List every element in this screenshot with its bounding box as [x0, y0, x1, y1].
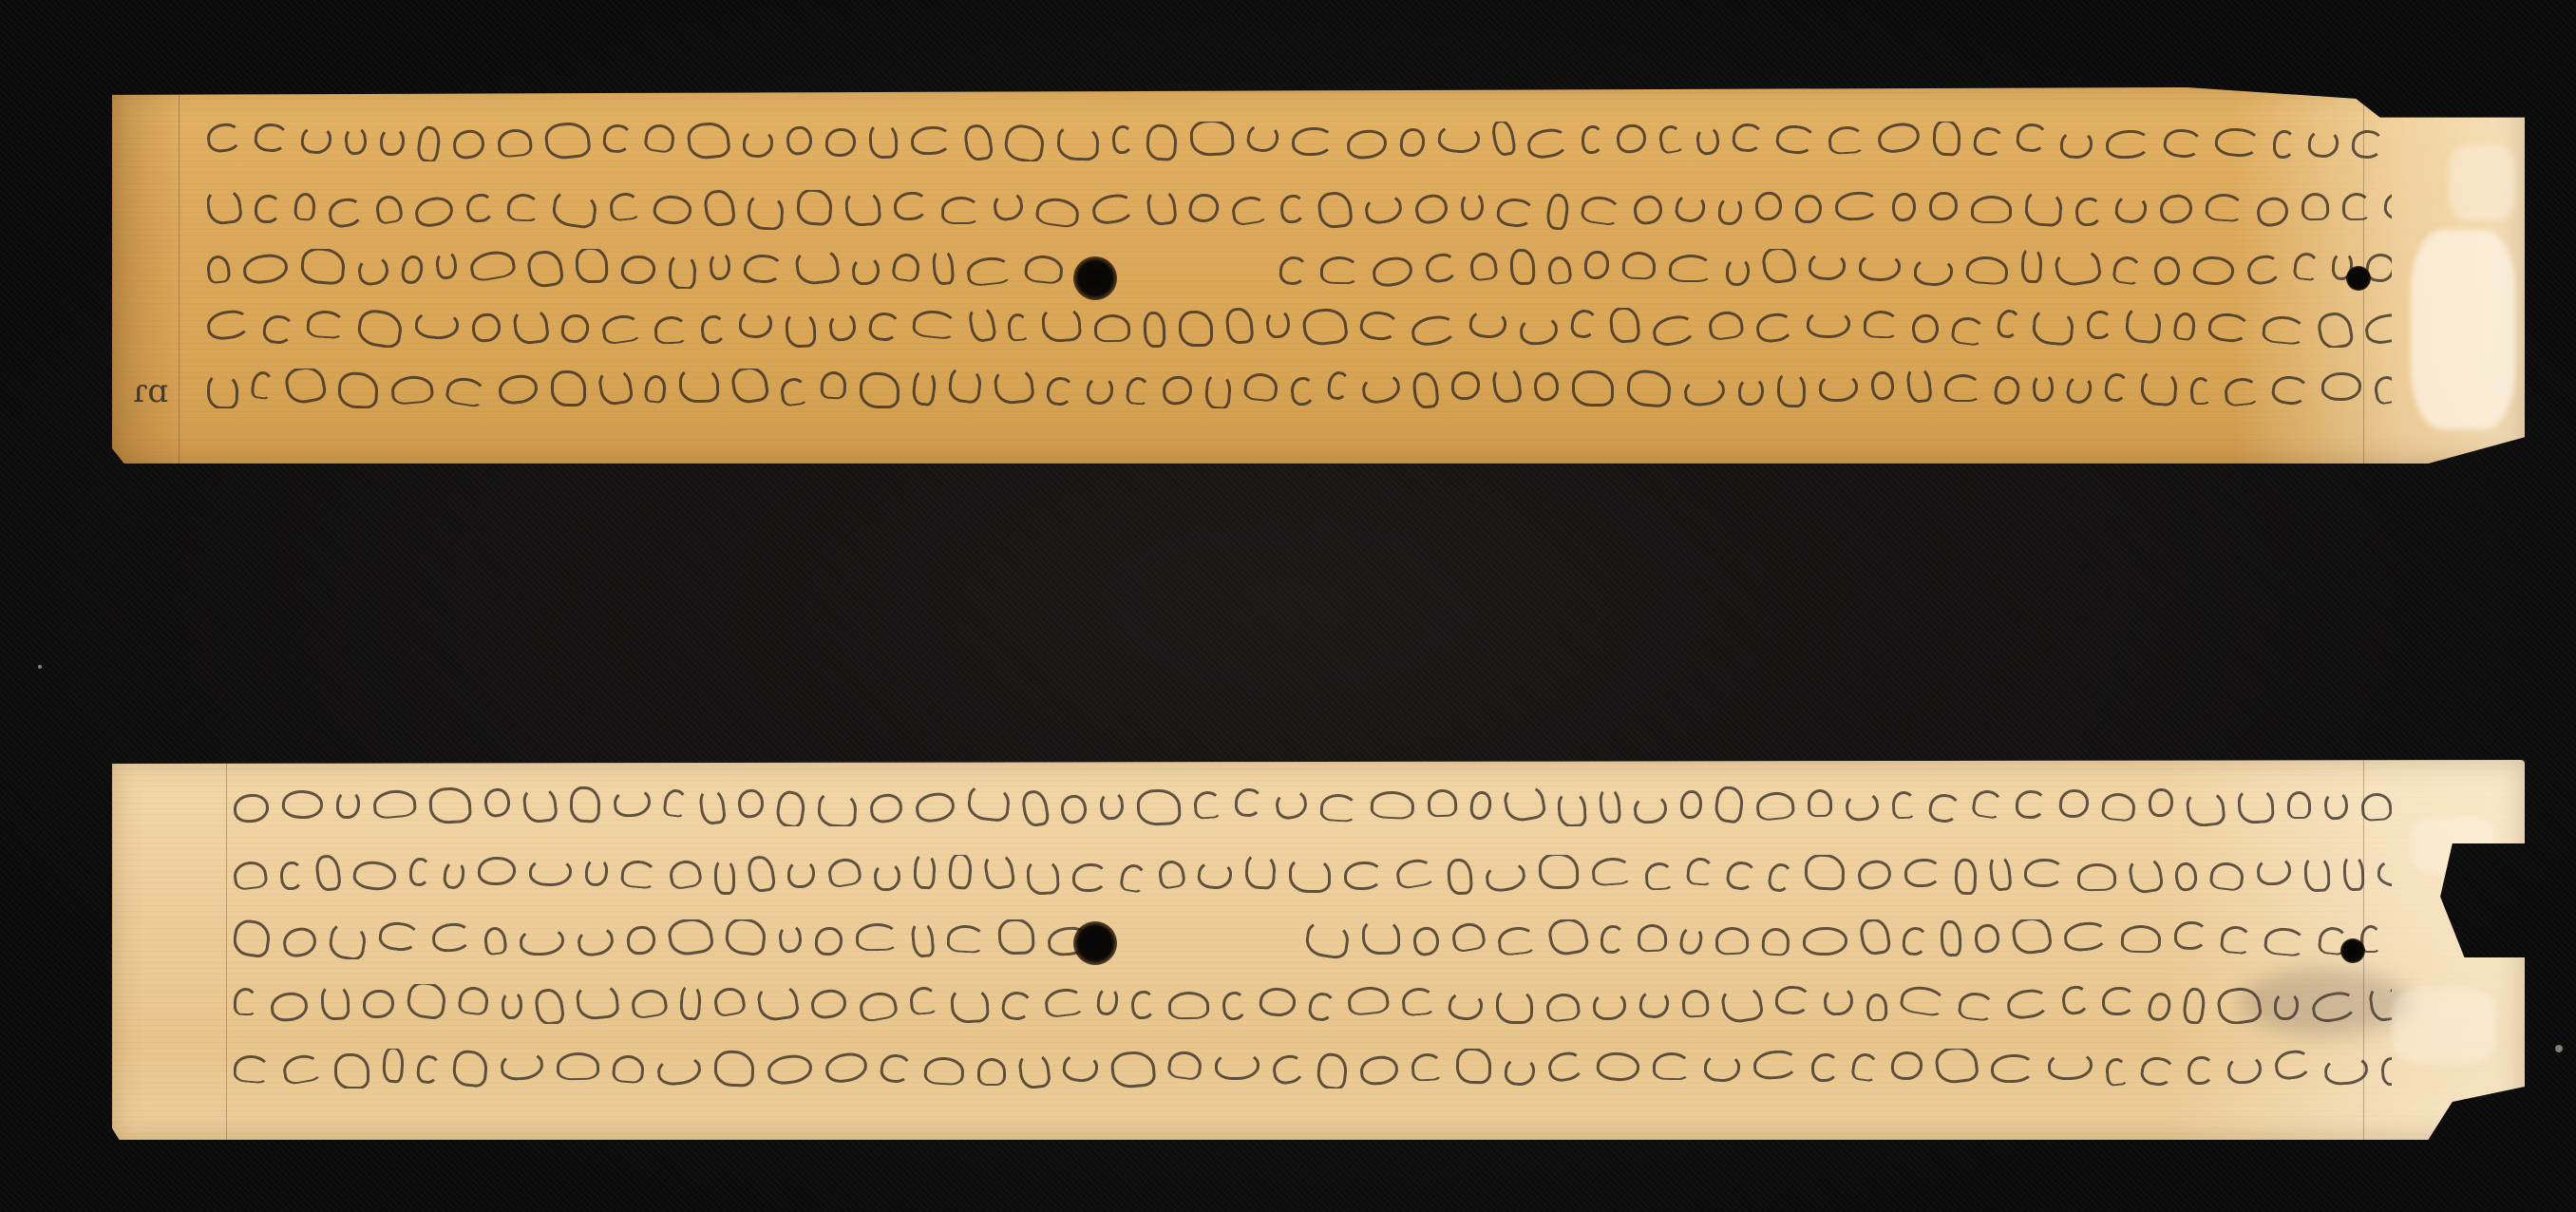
script-glyph — [2316, 310, 2355, 348]
script-glyph — [1187, 192, 1221, 224]
script-glyph — [1072, 863, 1108, 892]
script-glyph — [1828, 125, 1865, 155]
script-glyph — [714, 859, 735, 895]
script-glyph — [283, 369, 328, 406]
script-glyph — [526, 249, 565, 289]
script-glyph — [1958, 991, 1996, 1022]
script-glyph — [1363, 192, 1404, 226]
script-glyph — [1600, 925, 1624, 955]
binding-hole-center — [1073, 256, 1117, 300]
script-glyph — [1320, 256, 1359, 284]
script-glyph — [1944, 374, 1981, 402]
script-glyph — [1808, 788, 1833, 816]
script-line — [207, 249, 2392, 289]
script-glyph — [1399, 127, 1426, 157]
script-glyph — [314, 855, 342, 892]
script-glyph — [1616, 123, 1647, 155]
script-glyph — [253, 122, 289, 154]
script-glyph — [729, 369, 769, 406]
script-glyph — [2148, 788, 2173, 818]
script-glyph — [2226, 1054, 2263, 1085]
script-glyph — [868, 792, 903, 824]
script-glyph — [1858, 919, 1892, 956]
script-glyph — [1109, 1050, 1156, 1089]
script-glyph — [774, 789, 807, 826]
script-glyph — [810, 988, 848, 1020]
script-glyph — [1996, 309, 2021, 340]
script-glyph — [2377, 857, 2392, 889]
script-glyph — [992, 190, 1025, 222]
script-glyph — [967, 308, 997, 344]
script-glyph — [1411, 371, 1439, 408]
script-glyph — [602, 123, 634, 155]
script-glyph — [242, 253, 290, 286]
script-glyph — [712, 985, 748, 1017]
script-glyph — [2342, 855, 2364, 891]
script-glyph — [1168, 991, 1209, 1019]
script-glyph — [777, 923, 803, 955]
script-glyph — [679, 369, 720, 403]
script-glyph — [1450, 920, 1487, 953]
script-glyph — [2139, 1054, 2176, 1088]
script-glyph — [643, 122, 676, 153]
script-glyph — [1622, 251, 1657, 279]
script-glyph — [1157, 859, 1186, 890]
script-glyph — [1546, 1050, 1586, 1084]
script-glyph — [431, 922, 472, 954]
script-glyph — [746, 855, 776, 894]
script-glyph — [377, 919, 421, 954]
script-glyph — [947, 855, 973, 890]
script-glyph — [912, 308, 958, 340]
script-glyph — [1632, 194, 1664, 226]
script-glyph — [457, 985, 489, 1016]
script-glyph — [785, 311, 816, 348]
script-glyph — [2053, 249, 2102, 288]
script-glyph — [2360, 791, 2392, 821]
script-glyph — [1000, 990, 1033, 1022]
script-glyph — [679, 984, 703, 1021]
script-glyph — [234, 859, 269, 890]
script-glyph — [2255, 196, 2290, 229]
binding-hole-right — [2346, 266, 2371, 291]
script-glyph — [620, 255, 656, 285]
script-glyph — [1146, 190, 1178, 226]
script-glyph — [1680, 790, 1702, 819]
script-glyph — [814, 927, 843, 956]
script-glyph — [415, 1054, 441, 1085]
script-glyph — [1401, 986, 1436, 1016]
script-glyph — [2159, 193, 2194, 224]
script-glyph — [1096, 986, 1120, 1016]
script-glyph — [207, 190, 243, 226]
script-glyph — [1502, 786, 1547, 824]
script-glyph — [471, 312, 502, 343]
script-glyph — [2065, 373, 2093, 405]
script-glyph — [2011, 919, 2054, 956]
script-glyph — [873, 862, 901, 892]
script-glyph — [1162, 375, 1193, 407]
script-glyph — [1020, 788, 1051, 826]
script-glyph — [2256, 856, 2292, 886]
script-glyph — [512, 308, 550, 346]
script-glyph — [1041, 308, 1083, 343]
script-glyph — [451, 1050, 488, 1089]
script-glyph — [1099, 790, 1126, 821]
script-glyph — [207, 254, 231, 283]
script-glyph — [1532, 370, 1561, 403]
script-glyph — [1774, 985, 1811, 1016]
script-glyph — [2273, 1049, 2313, 1081]
binding-hole-center — [1073, 921, 1117, 965]
script-glyph — [1504, 1056, 1536, 1087]
script-glyph — [262, 314, 294, 346]
script-glyph — [644, 373, 668, 403]
script-glyph — [932, 249, 956, 286]
script-line — [207, 308, 2392, 348]
script-glyph — [2220, 924, 2252, 955]
script-line — [234, 919, 2392, 959]
script-glyph — [2205, 192, 2245, 222]
script-glyph — [794, 249, 841, 287]
script-glyph — [668, 858, 704, 890]
script-glyph — [1437, 123, 1482, 155]
script-glyph — [557, 1051, 599, 1080]
script-glyph — [1360, 371, 1402, 406]
script-glyph — [1591, 856, 1633, 886]
script-glyph — [1545, 992, 1582, 1022]
script-glyph — [1189, 122, 1235, 157]
script-glyph — [576, 249, 609, 283]
script-glyph — [1609, 308, 1641, 344]
script-glyph — [2102, 987, 2135, 1015]
script-glyph — [827, 311, 857, 342]
script-line — [234, 984, 2392, 1024]
script-glyph — [1468, 251, 1498, 281]
script-glyph — [500, 1050, 544, 1081]
script-glyph — [2077, 862, 2117, 891]
script-glyph — [609, 191, 642, 221]
script-glyph — [2307, 128, 2339, 160]
script-glyph — [2188, 1056, 2215, 1085]
script-glyph — [600, 312, 643, 345]
script-glyph — [400, 255, 424, 285]
script-glyph — [1954, 859, 1977, 895]
script-glyph — [1850, 1051, 1880, 1082]
script-glyph — [1468, 308, 1507, 340]
script-glyph — [1892, 790, 1917, 819]
script-glyph — [824, 1051, 869, 1086]
script-glyph — [1678, 924, 1704, 956]
script-glyph — [234, 919, 272, 958]
script-glyph — [551, 370, 586, 407]
script-line — [234, 786, 2392, 826]
script-glyph — [1424, 252, 1459, 284]
script-glyph — [1669, 255, 1713, 282]
script-glyph — [465, 193, 496, 224]
script-glyph — [1974, 923, 2001, 955]
script-glyph — [1715, 926, 1750, 955]
script-glyph — [914, 790, 957, 824]
script-glyph — [2140, 369, 2179, 407]
lint-speck — [2351, 1117, 2355, 1121]
script-glyph — [2015, 122, 2048, 154]
script-glyph — [507, 193, 540, 221]
script-glyph — [1017, 1051, 1051, 1089]
script-glyph — [1546, 919, 1590, 957]
script-glyph — [1265, 309, 1292, 339]
script-glyph — [1234, 787, 1263, 817]
script-line — [234, 1049, 2392, 1089]
script-glyph — [1316, 190, 1354, 229]
script-glyph — [250, 369, 275, 400]
script-glyph — [1965, 255, 2009, 285]
script-glyph — [844, 190, 882, 227]
script-glyph — [860, 372, 900, 408]
script-glyph — [1496, 988, 1533, 1024]
script-glyph — [2031, 308, 2074, 347]
script-glyph — [1230, 194, 1269, 226]
script-glyph — [1059, 793, 1089, 825]
script-glyph — [207, 373, 238, 408]
script-glyph — [2048, 1051, 2093, 1081]
script-glyph — [1803, 927, 1848, 956]
script-glyph — [1519, 315, 1559, 347]
script-glyph — [666, 919, 714, 957]
script-glyph — [1144, 312, 1166, 348]
script-glyph — [613, 787, 652, 819]
script-glyph — [497, 127, 533, 158]
script-glyph — [1902, 926, 1928, 956]
script-glyph — [519, 926, 564, 956]
script-glyph — [2323, 1054, 2369, 1086]
script-glyph — [911, 369, 938, 407]
script-glyph — [355, 308, 404, 348]
script-glyph — [1271, 1052, 1307, 1086]
worn-edge-patch — [2411, 230, 2515, 429]
script-glyph — [294, 192, 316, 220]
script-glyph — [738, 309, 773, 340]
script-glyph — [279, 861, 304, 891]
script-glyph — [300, 124, 332, 156]
script-glyph — [1991, 1054, 2036, 1084]
script-glyph — [1447, 989, 1485, 1022]
script-glyph — [817, 790, 858, 826]
script-glyph — [1804, 855, 1845, 891]
script-glyph — [1358, 309, 1400, 343]
script-glyph — [1707, 309, 1745, 341]
script-glyph — [1683, 375, 1727, 407]
script-glyph — [1215, 1051, 1260, 1080]
script-glyph — [1279, 256, 1309, 286]
script-glyph — [2208, 860, 2245, 891]
script-glyph — [620, 859, 657, 889]
script-glyph — [2105, 129, 2150, 160]
script-glyph — [2147, 991, 2172, 1022]
lint-speck — [38, 665, 42, 669]
script-glyph — [2207, 311, 2251, 345]
script-glyph — [1289, 857, 1331, 893]
script-glyph — [1319, 792, 1357, 822]
script-glyph — [2363, 312, 2392, 347]
script-glyph — [1304, 919, 1352, 959]
script-glyph — [351, 859, 398, 894]
script-glyph — [1359, 1054, 1399, 1086]
script-glyph — [654, 315, 689, 344]
script-glyph — [891, 252, 921, 283]
script-glyph — [1582, 125, 1604, 154]
script-glyph — [1371, 255, 1414, 289]
script-glyph — [415, 124, 443, 161]
script-glyph — [1754, 191, 1783, 221]
script-glyph — [1599, 786, 1622, 824]
script-glyph — [255, 195, 281, 223]
script-glyph — [1725, 860, 1757, 892]
script-glyph — [1713, 786, 1745, 824]
script-glyph — [477, 856, 516, 885]
script-glyph — [1034, 196, 1081, 229]
script-glyph — [408, 858, 430, 887]
script-glyph — [1166, 1049, 1203, 1081]
script-glyph — [2059, 129, 2093, 160]
script-glyph — [584, 857, 609, 886]
script-glyph — [2105, 1056, 2130, 1086]
script-glyph — [1932, 122, 1960, 156]
script-glyph — [207, 308, 252, 341]
script-glyph — [2162, 126, 2204, 160]
script-glyph — [451, 128, 485, 161]
script-glyph — [785, 124, 814, 157]
script-glyph — [1795, 195, 1822, 223]
palm-leaf-top: ɾɑ — [112, 87, 2525, 464]
script-glyph — [1738, 377, 1765, 406]
script-glyph — [1344, 862, 1383, 890]
script-glyph — [756, 984, 801, 1023]
script-glyph — [1625, 369, 1672, 408]
script-glyph — [1653, 1051, 1692, 1080]
script-glyph — [1845, 790, 1881, 822]
script-glyph — [1196, 859, 1233, 891]
script-glyph — [1146, 123, 1179, 161]
script-glyph — [1972, 125, 2005, 158]
script-line — [207, 369, 2392, 408]
script-glyph — [1326, 370, 1350, 401]
script-glyph — [698, 787, 727, 826]
script-glyph — [1428, 788, 1458, 817]
binding-hole-right — [2340, 938, 2365, 963]
script-glyph — [2032, 372, 2055, 402]
margin-ruling-left — [226, 760, 227, 1140]
script-glyph — [1490, 122, 1517, 158]
script-glyph — [434, 250, 458, 280]
script-glyph — [2383, 190, 2392, 221]
script-glyph — [1243, 371, 1279, 402]
script-glyph — [543, 122, 592, 161]
script-glyph — [343, 125, 368, 156]
script-glyph — [1469, 790, 1493, 821]
script-glyph — [2024, 190, 2064, 227]
script-glyph — [1767, 862, 1793, 893]
script-glyph — [2173, 861, 2200, 893]
script-glyph — [483, 786, 513, 819]
worn-edge-patch — [2392, 988, 2496, 1064]
script-glyph — [1094, 313, 1131, 342]
lint-speck — [2555, 1045, 2563, 1052]
script-glyph — [1934, 1049, 1979, 1086]
script-glyph — [1491, 369, 1523, 405]
script-glyph — [597, 369, 635, 407]
script-glyph — [1245, 122, 1280, 154]
script-glyph — [1971, 196, 2012, 223]
script-glyph — [1732, 123, 1764, 154]
script-line — [207, 190, 2392, 230]
script-glyph — [2063, 920, 2109, 953]
script-glyph — [2152, 255, 2182, 286]
script-glyph — [1026, 858, 1060, 895]
script-glyph — [2380, 1056, 2392, 1087]
script-glyph — [2058, 788, 2090, 819]
script-glyph — [1370, 789, 1414, 819]
script-glyph — [1557, 790, 1587, 826]
script-glyph — [1061, 1051, 1100, 1085]
script-glyph — [551, 190, 599, 230]
script-glyph — [576, 924, 616, 958]
script-glyph — [1090, 192, 1136, 227]
script-glyph — [1119, 862, 1147, 894]
script-glyph — [1910, 312, 1941, 345]
script-glyph — [703, 190, 736, 228]
worn-edge-patch — [2449, 144, 2515, 220]
script-glyph — [1024, 253, 1065, 284]
script-glyph — [2104, 372, 2130, 403]
script-glyph — [2373, 373, 2392, 405]
script-glyph — [1244, 855, 1278, 890]
script-glyph — [414, 309, 460, 341]
script-glyph — [1754, 312, 1794, 345]
script-glyph — [1258, 986, 1297, 1018]
script-glyph — [1950, 315, 1985, 347]
script-glyph — [1657, 123, 1686, 155]
script-glyph — [851, 256, 881, 286]
script-glyph — [234, 987, 257, 1015]
script-glyph — [300, 249, 347, 286]
script-glyph — [1544, 193, 1571, 230]
script-glyph — [382, 1049, 406, 1084]
script-glyph — [1002, 123, 1046, 161]
script-glyph — [1456, 1049, 1492, 1084]
script-glyph — [950, 986, 990, 1024]
script-glyph — [1484, 860, 1527, 894]
script-glyph — [2112, 255, 2143, 286]
script-glyph — [1447, 858, 1473, 895]
script-glyph — [337, 371, 379, 408]
script-glyph — [2245, 253, 2282, 286]
script-glyph — [498, 373, 540, 406]
script-glyph — [820, 370, 846, 399]
script-glyph — [2273, 130, 2296, 159]
script-glyph — [1674, 192, 1707, 224]
script-glyph — [736, 787, 765, 819]
script-glyph — [363, 990, 395, 1019]
script-glyph — [1876, 122, 1922, 155]
script-glyph — [2270, 374, 2310, 407]
script-glyph — [1580, 194, 1622, 226]
palm-leaf-bottom — [112, 760, 2525, 1140]
script-glyph — [1221, 991, 1247, 1022]
script-glyph — [428, 786, 472, 824]
script-glyph — [2214, 126, 2262, 160]
script-glyph — [1460, 191, 1485, 221]
